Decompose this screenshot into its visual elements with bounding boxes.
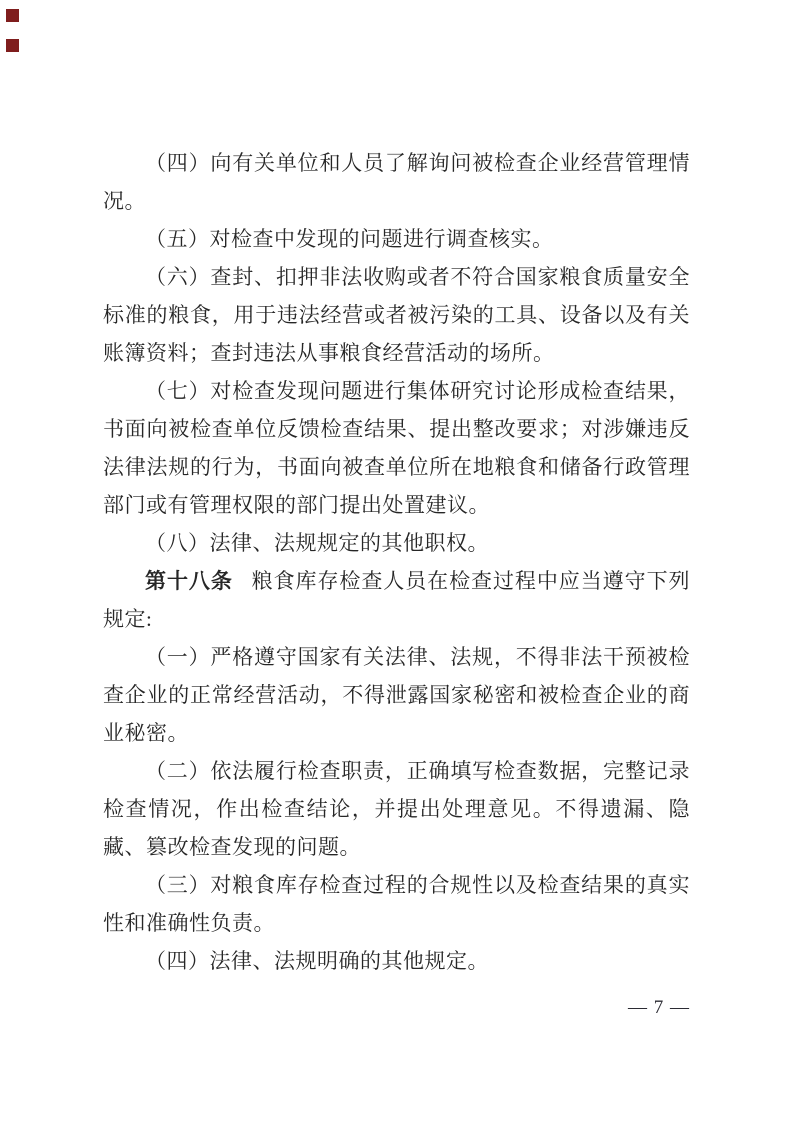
page-number: — 7 — <box>628 997 690 1019</box>
paragraph-item-4: （四）向有关单位和人员了解询问被检查企业经营管理情况。 <box>103 144 690 220</box>
rule-item-4: （四）法律、法规明确的其他规定。 <box>103 942 690 980</box>
document-body: （四）向有关单位和人员了解询问被检查企业经营管理情况。 （五）对检查中发现的问题… <box>103 144 690 980</box>
rule-item-2: （二）依法履行检查职责，正确填写检查数据，完整记录检查情况，作出检查结论，并提出… <box>103 752 690 866</box>
paragraph-text: （四）法律、法规明确的其他规定。 <box>145 949 489 973</box>
paragraph-text: （七）对检查发现问题进行集体研究讨论形成检查结果，书面向被检查单位反馈检查结果、… <box>103 379 690 517</box>
article-18-heading-paragraph: 第十八条粮食库存检查人员在检查过程中应当遵守下列规定: <box>103 562 690 638</box>
paragraph-item-7: （七）对检查发现问题进行集体研究讨论形成检查结果，书面向被检查单位反馈检查结果、… <box>103 372 690 524</box>
corner-mark-bottom <box>6 39 19 52</box>
rule-item-3: （三）对粮食库存检查过程的合规性以及检查结果的真实性和准确性负责。 <box>103 866 690 942</box>
paragraph-text: （五）对检查中发现的问题进行调查核实。 <box>145 227 554 251</box>
paragraph-item-8: （八）法律、法规规定的其他职权。 <box>103 524 690 562</box>
paragraph-item-6: （六）查封、扣押非法收购或者不符合国家粮食质量安全标准的粮食，用于违法经营或者被… <box>103 258 690 372</box>
corner-mark-top <box>6 9 19 22</box>
rule-item-1: （一）严格遵守国家有关法律、法规，不得非法干预被检查企业的正常经营活动，不得泄露… <box>103 638 690 752</box>
paragraph-text: （四）向有关单位和人员了解询问被检查企业经营管理情况。 <box>103 151 690 213</box>
paragraph-text: （八）法律、法规规定的其他职权。 <box>145 531 489 555</box>
document-page: （四）向有关单位和人员了解询问被检查企业经营管理情况。 （五）对检查中发现的问题… <box>0 0 794 1123</box>
paragraph-text: （二）依法履行检查职责，正确填写检查数据，完整记录检查情况，作出检查结论，并提出… <box>103 759 690 859</box>
paragraph-text: （六）查封、扣押非法收购或者不符合国家粮食质量安全标准的粮食，用于违法经营或者被… <box>103 265 690 365</box>
paragraph-item-5: （五）对检查中发现的问题进行调查核实。 <box>103 220 690 258</box>
paragraph-text: （三）对粮食库存检查过程的合规性以及检查结果的真实性和准确性负责。 <box>103 873 690 935</box>
paragraph-text: （一）严格遵守国家有关法律、法规，不得非法干预被检查企业的正常经营活动，不得泄露… <box>103 645 690 745</box>
article-number-bold: 第十八条 <box>145 569 233 593</box>
